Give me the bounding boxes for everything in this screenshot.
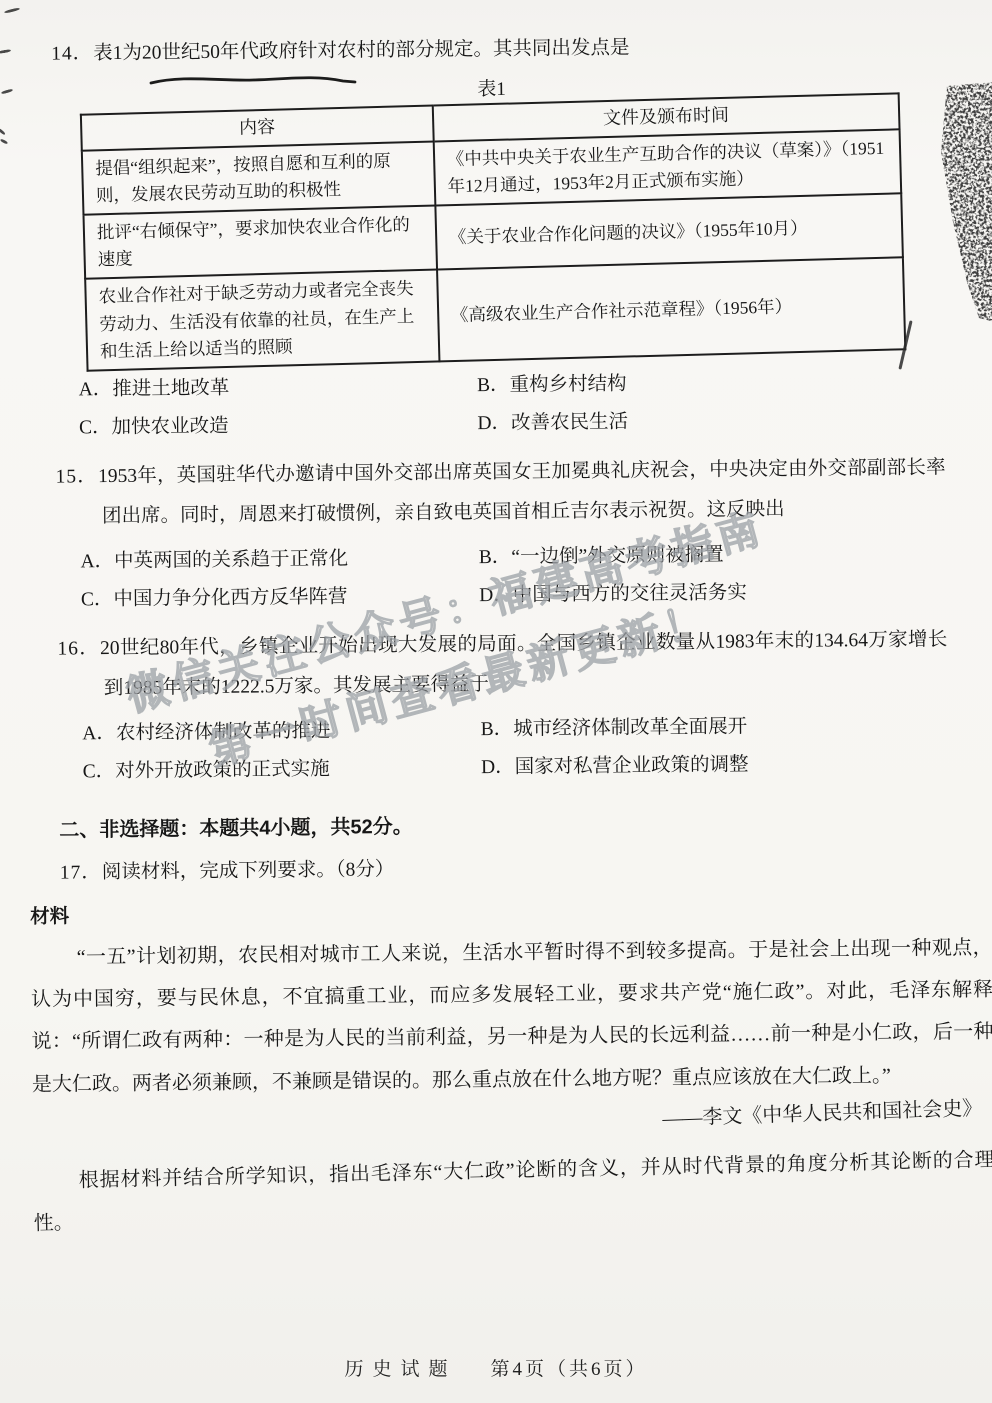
table-cell-content-2: 批评“右倾保守”，要求加快农业合作化的速度: [83, 206, 436, 279]
question-15-text: 1953年，英国驻华代办邀请中国外交部出席英国女王加冕典礼庆祝会，中央决定由外交…: [98, 457, 946, 527]
option-14-b: B．重构乡村结构: [477, 362, 945, 405]
question-14-text: 表1为20世纪50年代政府针对农村的部分规定。其共同出发点是: [93, 38, 629, 65]
option-16-a: A．农村经济体制改革的推进: [82, 711, 481, 753]
question-17-requirement: 根据材料并结合所学知识，指出毛泽东“大仁政”论断的含义，并从时代背景的角度分析其…: [32, 1139, 992, 1245]
option-14-d: D．改善农民生活: [477, 400, 945, 443]
option-16-b: B．城市经济体制改革全面展开: [480, 706, 948, 749]
material-label: 材料: [30, 891, 950, 929]
question-15: 15．1953年，英国驻华代办邀请中国外交部出席英国女王加冕典礼庆祝会，中央决定…: [55, 448, 947, 619]
footer-doc-title: 历史试题: [344, 1359, 456, 1380]
question-14-table: 内容 文件及颁布时间 提倡“组织起来”，按照自愿和互利的原则，发展农民劳动互助的…: [80, 92, 906, 371]
material-paragraph: “一五”计划初期，农民相对城市工人来说，生活水平暂时得不到较多提高。于是社会上出…: [30, 927, 992, 1107]
question-17-number: 17．: [60, 862, 102, 883]
option-15-a: A．中英两国的关系趋于正常化: [80, 539, 479, 581]
option-15-d: D．中国与西方的交往灵活务实: [479, 572, 947, 615]
question-14-number: 14．: [51, 43, 93, 64]
question-17-text: 阅读材料，完成下列要求。（8分）: [102, 859, 395, 883]
option-14-a: A．推进土地改革: [79, 367, 478, 409]
option-15-c: C．中国力争分化西方反华阵营: [81, 577, 480, 619]
question-16-stem: 16．20世纪80年代，乡镇企业开始出现大发展的局面。全国乡镇企业数量从1983…: [57, 620, 948, 709]
question-16: 16．20世纪80年代，乡镇企业开始出现大发展的局面。全国乡镇企业数量从1983…: [57, 620, 949, 791]
table-cell-document-3: 《高级农业生产合作社示范章程》（1956年）: [437, 258, 905, 362]
question-16-number: 16．: [57, 638, 100, 659]
question-17-stem: 17．阅读材料，完成下列要求。（8分）: [60, 847, 950, 884]
stem-underline-mark: [148, 72, 360, 88]
question-14-stem: 14．表1为20世纪50年代政府针对农村的部分规定。其共同出发点是: [51, 25, 941, 74]
page-content: 14．表1为20世纪50年代政府针对农村的部分规定。其共同出发点是 表1 内容 …: [0, 0, 992, 1403]
question-16-options: A．农村经济体制改革的推进 B．城市经济体制改革全面展开 C．对外开放政策的正式…: [58, 706, 949, 791]
section-2-heading: 二、非选择题：本题共4小题，共52分。: [59, 804, 949, 842]
page-footer: 历史试题第4页（共6页）: [0, 1354, 992, 1381]
footer-page-number: 第4页（共6页）: [491, 1359, 648, 1380]
option-14-c: C．加快农业改造: [79, 405, 478, 447]
option-16-c: C．对外开放政策的正式实施: [83, 749, 482, 791]
table-cell-content-3: 农业合作社对于缺乏劳动力或者完全丧失劳动力、生活没有依靠的社员，在生产上和生活上…: [85, 270, 439, 371]
question-16-text: 20世纪80年代，乡镇企业开始出现大发展的局面。全国乡镇企业数量从1983年末的…: [100, 629, 947, 699]
option-15-b: B．“一边倒”外交原则被搁置: [479, 534, 947, 577]
question-15-stem: 15．1953年，英国驻华代办邀请中国外交部出席英国女王加冕典礼庆祝会，中央决定…: [55, 448, 946, 537]
table-cell-content-1: 提倡“组织起来”，按照自愿和互利的原则，发展农民劳动互助的积极性: [82, 141, 435, 214]
option-16-d: D．国家对私营企业政策的调整: [481, 744, 949, 787]
table-cell-document-2: 《关于农业合作化问题的决议》（1955年10月）: [435, 193, 903, 269]
question-15-options: A．中英两国的关系趋于正常化 B．“一边倒”外交原则被搁置 C．中国力争分化西方…: [56, 534, 947, 619]
question-14-options: A．推进土地改革 B．重构乡村结构 C．加快农业改造 D．改善农民生活: [55, 362, 946, 447]
table-cell-document-1: 《中共中央关于农业生产互助合作的决议（草案）》（1951年12月通过，1953年…: [433, 129, 901, 205]
exam-paper-page: 14．表1为20世纪50年代政府针对农村的部分规定。其共同出发点是 表1 内容 …: [0, 0, 992, 1403]
question-15-number: 15．: [56, 466, 99, 487]
scan-noise-artifact: [929, 82, 992, 322]
